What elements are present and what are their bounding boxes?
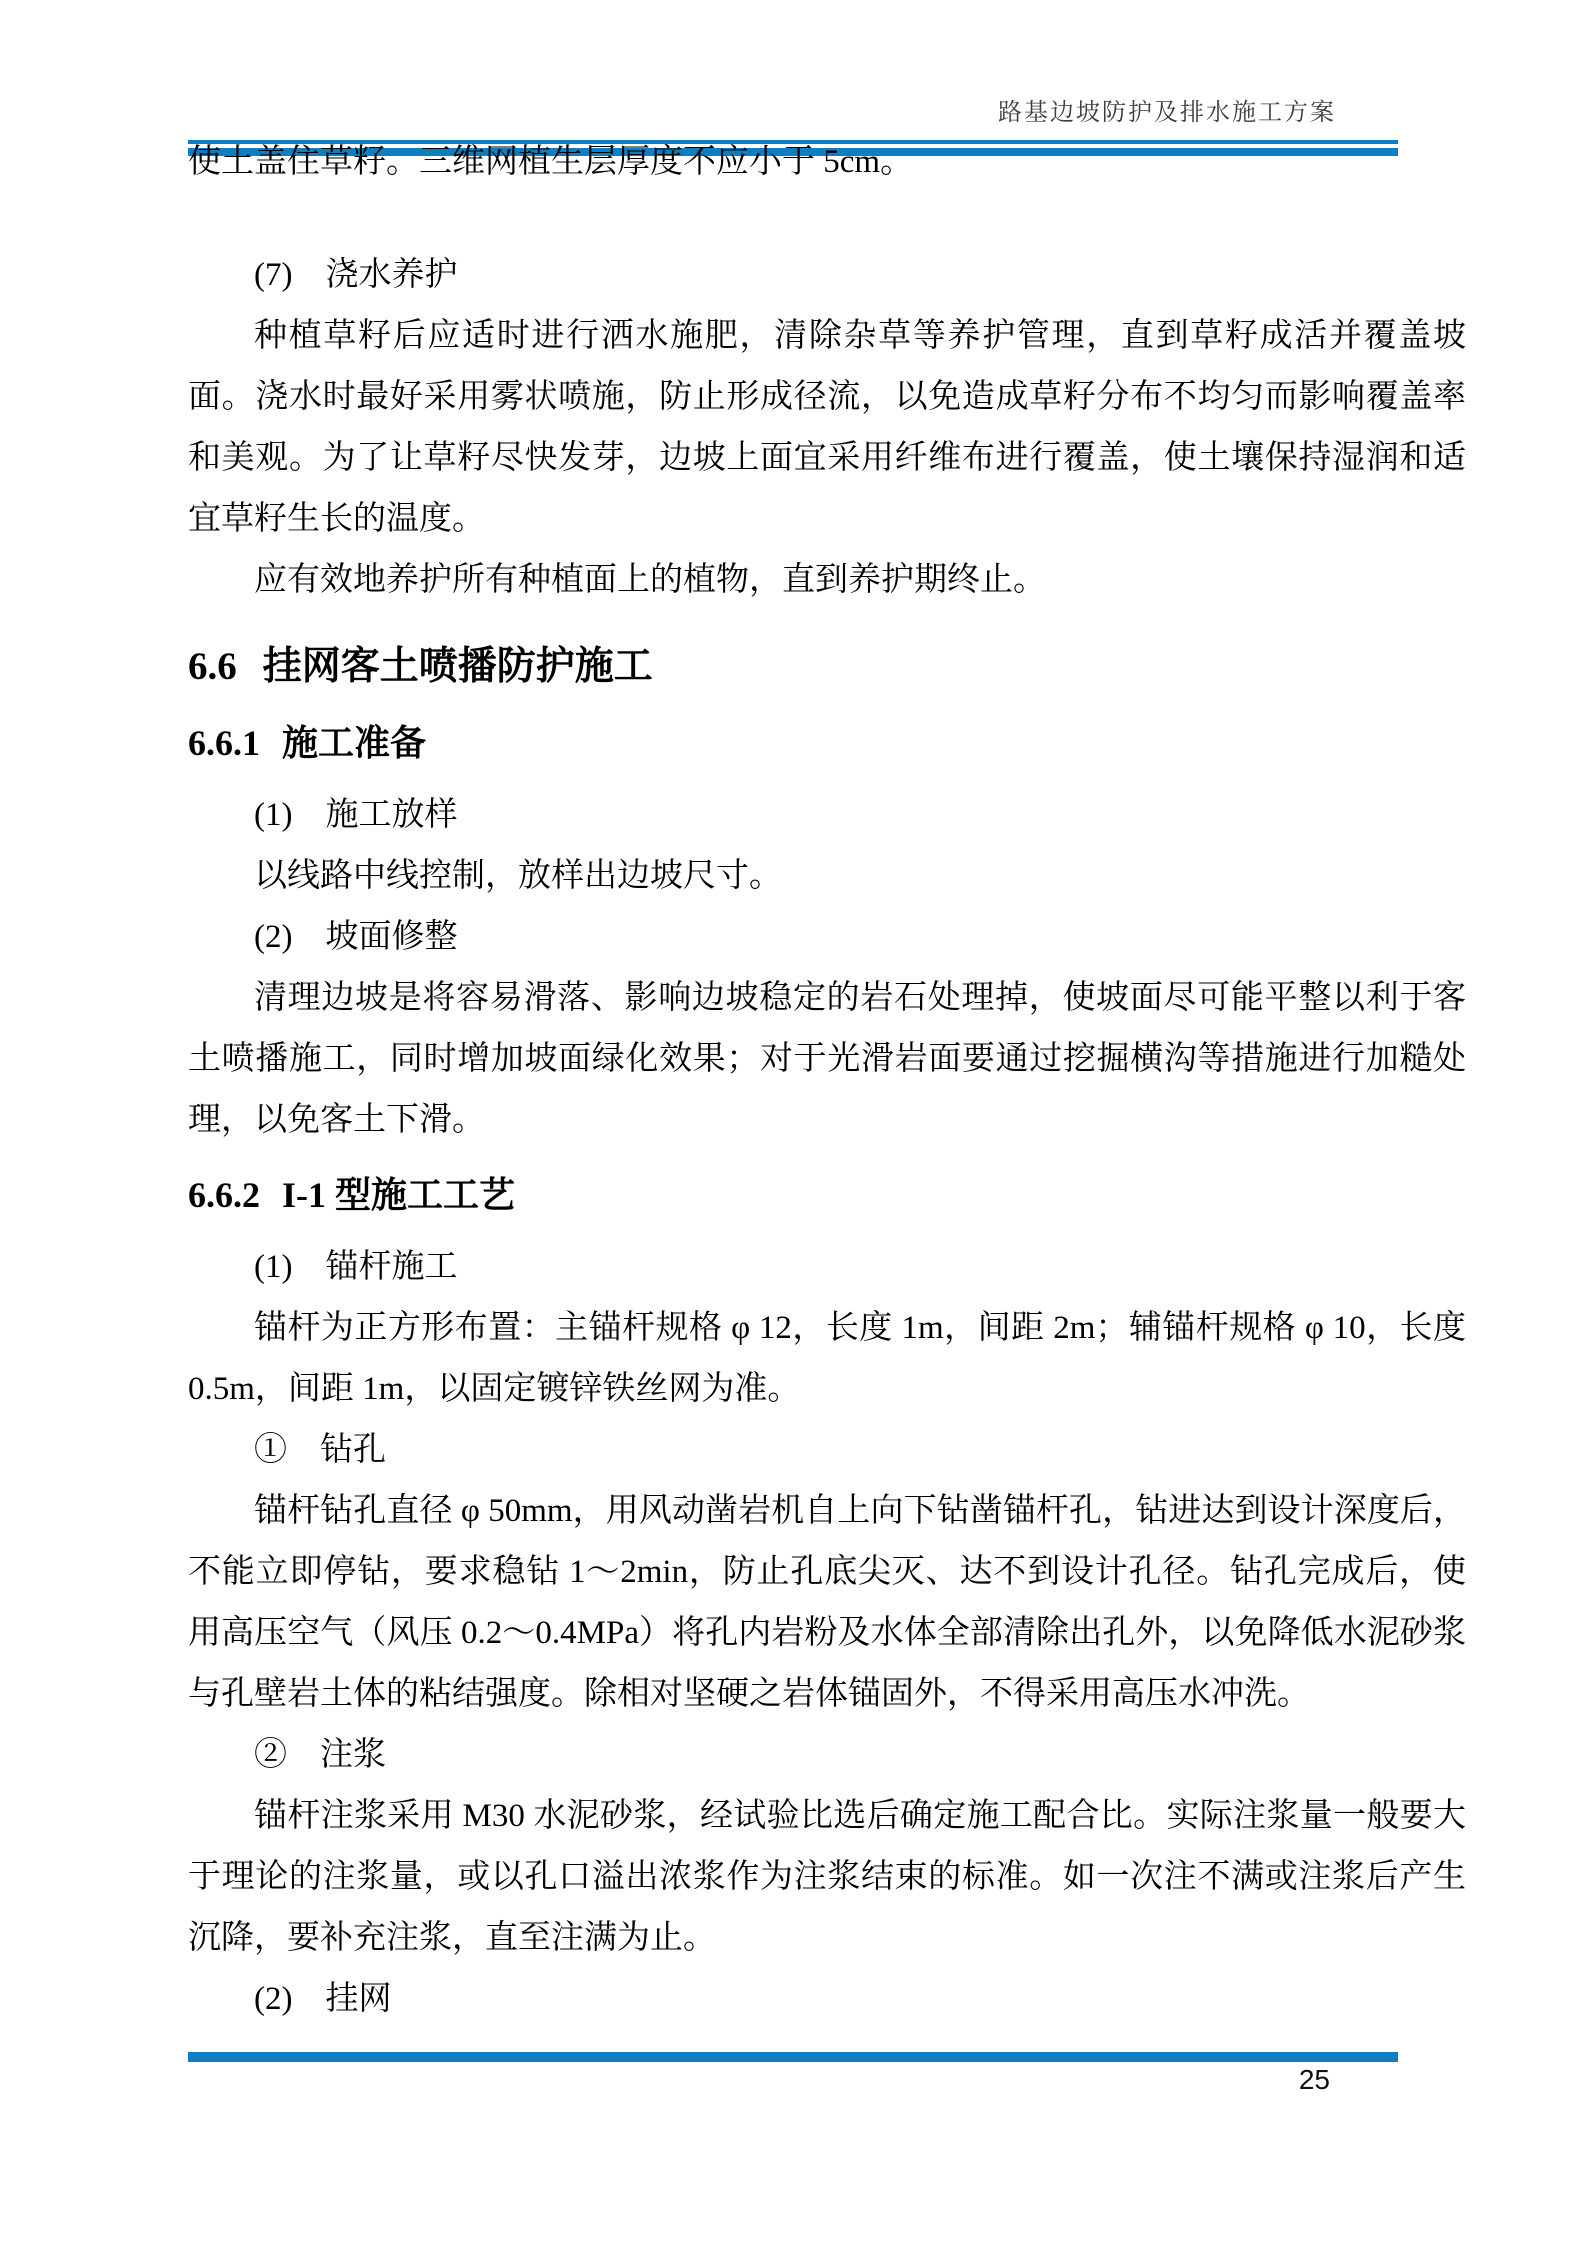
paragraph: 使土盖住草籽。三维网植生层厚度不应小于 5cm。 [188, 132, 1466, 193]
heading-title: 挂网客土喷播防护施工 [263, 645, 653, 688]
section-heading: 6.6挂网客土喷播防护施工 [188, 635, 1466, 699]
list-item: (2) 挂网 [188, 1969, 1466, 2030]
paragraph: 锚杆钻孔直径 φ 50mm，用风动凿岩机自上向下钻凿锚杆孔，钻进达到设计深度后，… [188, 1481, 1466, 1725]
header-title: 路基边坡防护及排水施工方案 [188, 98, 1398, 128]
list-item: (2) 坡面修整 [188, 907, 1466, 968]
document-body: 使土盖住草籽。三维网植生层厚度不应小于 5cm。(7) 浇水养护种植草籽后应适时… [188, 132, 1466, 2030]
list-item: (1) 施工放样 [188, 785, 1466, 846]
paragraph: 种植草籽后应适时进行洒水施肥，清除杂草等养护管理，直到草籽成活并覆盖坡面。浇水时… [188, 306, 1466, 550]
paragraph: 以线路中线控制，放样出边坡尺寸。 [188, 846, 1466, 907]
page-number: 25 [188, 2064, 1398, 2096]
paragraph: 锚杆为正方形布置：主锚杆规格 φ 12，长度 1m，间距 2m；辅锚杆规格 φ … [188, 1298, 1466, 1420]
list-item: (1) 锚杆施工 [188, 1237, 1466, 1298]
subsection-heading: 6.6.1施工准备 [188, 713, 1466, 773]
heading-number: 6.6 [188, 645, 237, 688]
heading-title: I-1 型施工工艺 [282, 1175, 515, 1215]
paragraph: 锚杆注浆采用 M30 水泥砂浆，经试验比选后确定施工配合比。实际注浆量一般要大于… [188, 1786, 1466, 1969]
list-item: ② 注浆 [188, 1725, 1466, 1786]
footer-rule [188, 2052, 1398, 2062]
heading-number: 6.6.1 [188, 723, 260, 763]
document-page: 路基边坡防护及排水施工方案 使土盖住草籽。三维网植生层厚度不应小于 5cm。(7… [0, 0, 1587, 2245]
paragraph: 应有效地养护所有种植面上的植物，直到养护期终止。 [188, 550, 1466, 611]
heading-number: 6.6.2 [188, 1175, 260, 1215]
subsection-heading: 6.6.2I-1 型施工工艺 [188, 1165, 1466, 1225]
list-item: (7) 浇水养护 [188, 245, 1466, 306]
heading-title: 施工准备 [282, 723, 426, 763]
list-item: ① 钻孔 [188, 1420, 1466, 1481]
paragraph: 清理边坡是将容易滑落、影响边坡稳定的岩石处理掉，使坡面尽可能平整以利于客土喷播施… [188, 968, 1466, 1151]
